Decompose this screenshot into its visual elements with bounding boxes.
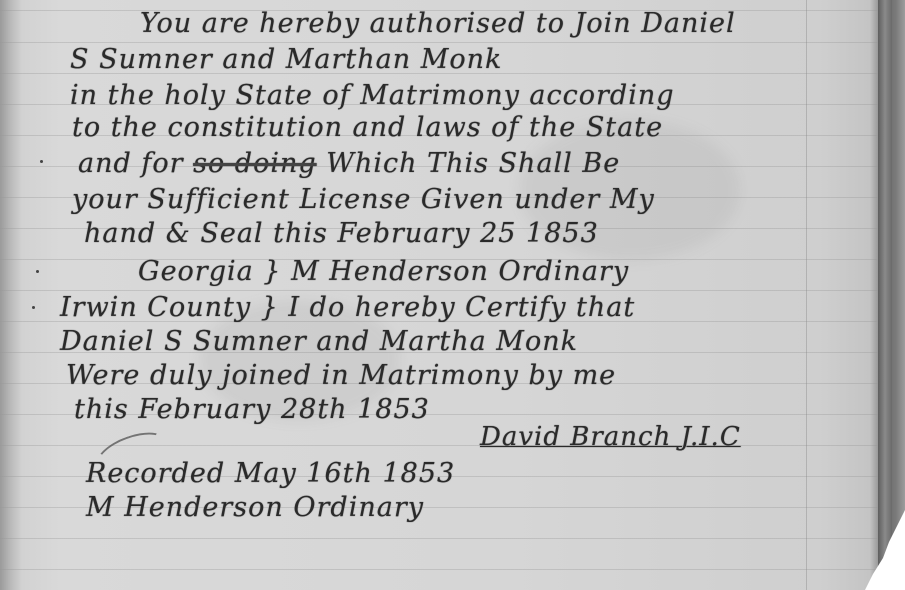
license-line-7: hand & Seal this February 25 1853 — [84, 218, 599, 249]
margin-line — [806, 0, 807, 590]
license-line-5-part-b: Which This Shall Be — [317, 148, 621, 179]
license-line-1: You are hereby authorised to Join Daniel — [140, 8, 736, 39]
ink-mark — [32, 306, 35, 309]
license-line-6: your Sufficient License Given under My — [72, 184, 655, 215]
officiant-signature: David Branch J.I.C — [480, 422, 741, 452]
ordinary-signature: M Henderson Ordinary — [86, 492, 424, 523]
license-line-5: and for so doing Which This Shall Be — [78, 148, 620, 179]
license-line-3: in the holy State of Matrimony according — [70, 80, 675, 111]
ink-mark — [36, 270, 39, 273]
certificate-line-5: this February 28th 1853 — [74, 394, 430, 425]
page-binding-edge — [878, 0, 892, 590]
license-line-4: to the constitution and laws of the Stat… — [72, 112, 663, 143]
license-line-2: S Sumner and Marthan Monk — [70, 44, 502, 75]
recorded-line: Recorded May 16th 1853 — [86, 458, 455, 489]
certificate-line-3: Daniel S Sumner and Martha Monk — [60, 326, 578, 357]
scanned-ledger-page: You are hereby authorised to Join Daniel… — [0, 0, 905, 590]
ink-mark — [40, 160, 43, 163]
certificate-line-2: Irwin County } I do hereby Certify that — [60, 292, 635, 323]
license-line-5-part-a: and for — [78, 148, 193, 179]
certificate-line-4: Were duly joined in Matrimony by me — [66, 360, 616, 391]
struck-text: so doing — [193, 148, 317, 179]
certificate-line-1: Georgia } M Henderson Ordinary — [138, 256, 629, 287]
